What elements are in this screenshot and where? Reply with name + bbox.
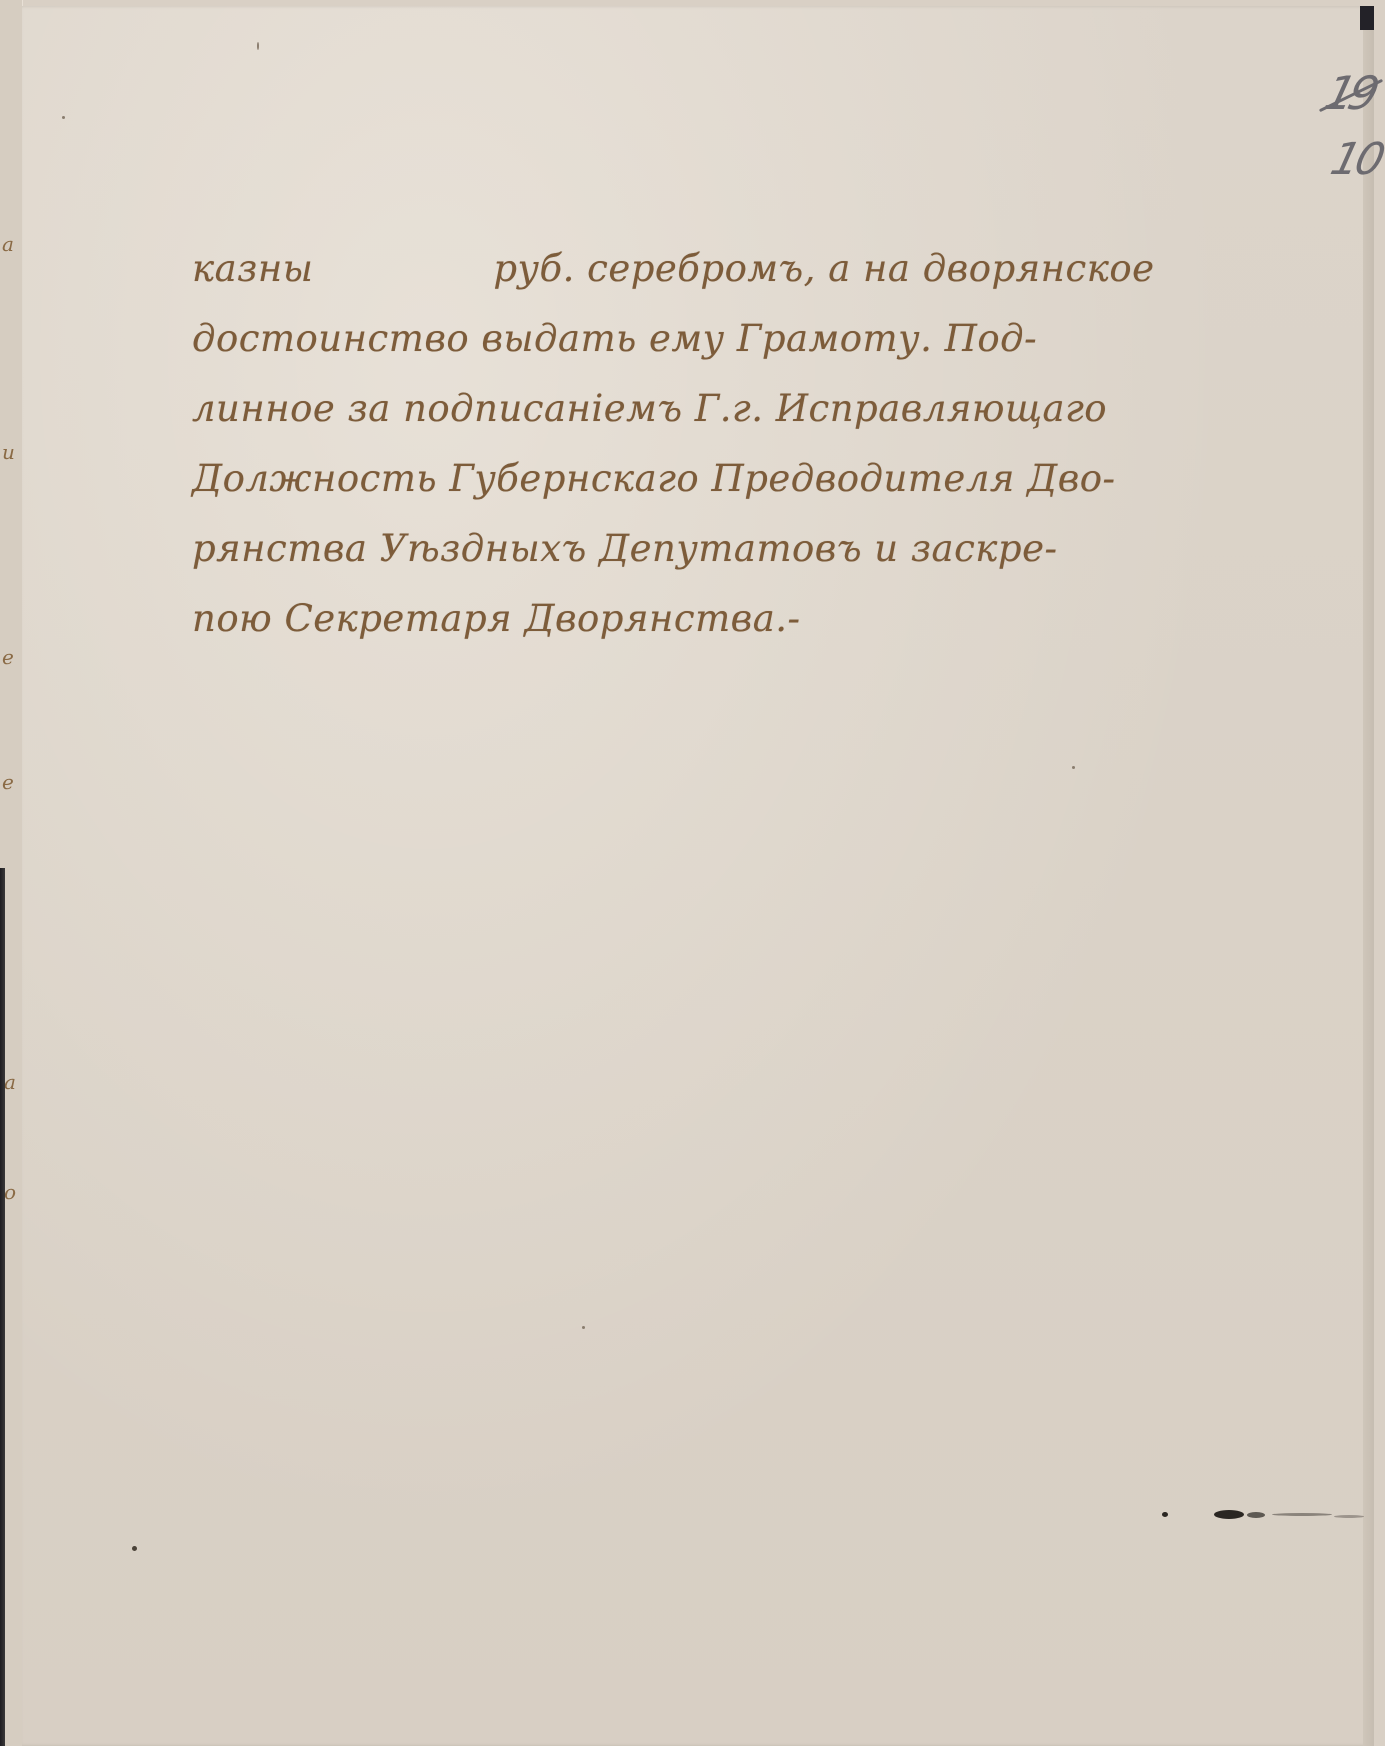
paper-speck xyxy=(132,1546,137,1551)
text-line-1: казныруб. серебромъ, а на дворянское xyxy=(192,234,1385,304)
text-line-4: Должность Губернскаго Предводителя Дво- xyxy=(192,444,1385,514)
scan-background: а и е е а о 19 10 казныруб. серебромъ, а… xyxy=(0,0,1385,1746)
text-line-6: пою Секретаря Дворянства.- xyxy=(192,584,1385,654)
text-line-2: достоинство выдать ему Грамоту. Под- xyxy=(192,304,1385,374)
paper-speck xyxy=(1072,766,1075,769)
manuscript-page: 19 10 казныруб. серебромъ, а на дворянск… xyxy=(22,6,1374,1746)
folio-current-number: 10 xyxy=(1326,134,1385,185)
margin-fragment: е xyxy=(2,645,14,669)
margin-fragment: а xyxy=(4,1070,16,1094)
folio-old-number: 19 xyxy=(1319,66,1379,120)
paper-speck xyxy=(582,1326,585,1329)
margin-fragment: и xyxy=(2,440,15,464)
scan-corner-shadow xyxy=(1360,6,1374,30)
margin-fragment: о xyxy=(4,1180,16,1204)
paper-speck xyxy=(62,116,65,119)
folio-number: 19 10 xyxy=(1312,66,1385,186)
text-fragment: руб. серебромъ, а на дворянское xyxy=(493,247,1154,290)
paper-speck xyxy=(257,42,259,50)
ink-stain xyxy=(1162,1506,1385,1524)
margin-fragment: а xyxy=(2,232,14,256)
text-word: казны xyxy=(192,247,313,290)
text-line-3: линное за подписаніемъ Г.г. Исправляющаг… xyxy=(192,374,1385,444)
binding-edge xyxy=(0,868,5,1746)
handwritten-text: казныруб. серебромъ, а на дворянское дос… xyxy=(192,234,1385,654)
text-line-5: рянства Уѣздныхъ Депутатовъ и заскре- xyxy=(192,514,1385,584)
margin-fragment: е xyxy=(2,770,14,794)
